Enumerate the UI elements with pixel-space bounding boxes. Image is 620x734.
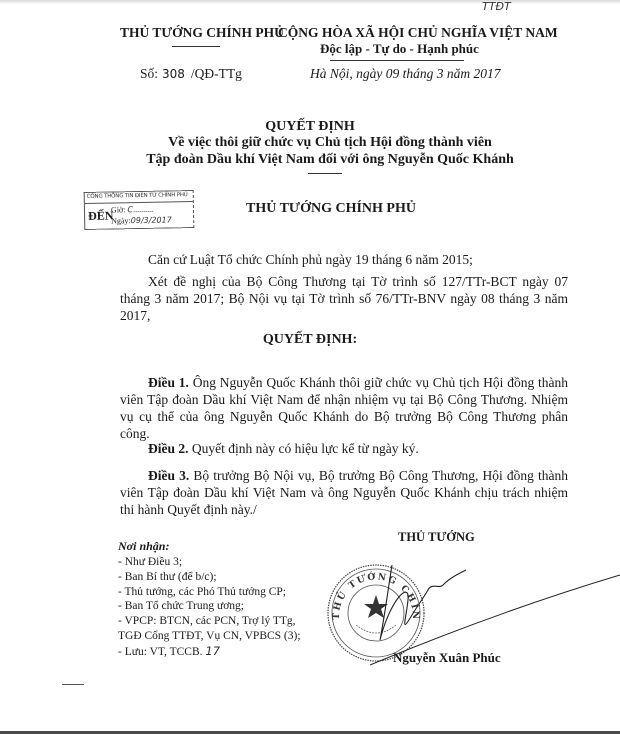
stamp-time-value: C [127, 205, 133, 214]
recipients-list: - Như Điều 3; - Ban Bí thư (để b/c); - T… [118, 555, 301, 660]
place-date: Hà Nội, ngày 09 tháng 3 năm 2017 [310, 66, 501, 82]
article-1: Điều 1. Ông Nguyễn Quốc Khánh thôi giữ c… [120, 374, 568, 442]
issuer-underline [172, 46, 220, 47]
stamp-divider [85, 201, 193, 204]
stamp-time-label: Giờ: [111, 205, 126, 214]
article-2: Điều 2. Quyết định này có hiệu lực kể từ… [120, 440, 568, 457]
stamp-date-value: 09/3/2017 [131, 215, 172, 225]
recipients-handwritten-note: 17 [205, 644, 220, 658]
stamp-date: Ngày:09/3/2017 [111, 215, 172, 225]
title-underline [308, 173, 342, 174]
top-edge-shadow [0, 0, 620, 4]
recipient-item: - Như Điều 3; [118, 555, 301, 570]
recipient-item: - Ban Tổ chức Trung ương; [118, 599, 301, 614]
document-number: Số:308/QĐ-TTg [140, 66, 242, 82]
decision-heading: QUYẾT ĐỊNH: [0, 332, 620, 348]
article-1-label: Điều 1. [148, 375, 189, 390]
number-label: Số: [140, 66, 158, 81]
subtitle-line-2: Tập đoàn Dầu khí Việt Nam đối với ông Ng… [20, 152, 620, 168]
signer-name: Nguyễn Xuân Phúc [393, 650, 501, 666]
nation-heading: CỘNG HÒA XÃ HỘI CHỦ NGHĨA VIỆT NAM [278, 25, 558, 41]
article-3: Điều 3. Bộ trưởng Bộ Nội vụ, Bộ trưởng B… [120, 467, 568, 518]
stamp-time: Giờ: C.......... [111, 205, 153, 215]
recipient-item: TGĐ Cổng TTĐT, Vụ CN, VPBCS (3); [118, 629, 301, 644]
recipient-item: - Ban Bí thư (để b/c); [118, 570, 301, 585]
article-2-text: Quyết định này có hiệu lực kể từ ngày ký… [189, 441, 419, 456]
preamble-1: Căn cứ Luật Tổ chức Chính phủ ngày 19 th… [120, 251, 568, 268]
signer-title: THỦ TƯỚNG [398, 530, 475, 545]
recipient-item: - Lưu: VT, TCCB. 17 [118, 644, 301, 660]
stamp-date-label: Ngày: [111, 216, 131, 225]
number-suffix: /QĐ-TTg [191, 66, 242, 81]
stamp-label: ĐẾN [88, 208, 114, 223]
recipients-title: Nơi nhận: [118, 539, 169, 554]
document-title: QUYẾT ĐỊNH [0, 119, 620, 135]
preamble-2: Xét đề nghị của Bộ Công Thương tại Tờ tr… [120, 273, 568, 324]
issuer-heading: THỦ TƯỚNG CHÍNH PHỦ [120, 25, 284, 41]
subtitle-line-1: Về việc thôi giữ chức vụ Chủ tịch Hội đồ… [20, 135, 620, 151]
authority-heading: THỦ TƯỚNG CHÍNH PHỦ [246, 201, 416, 217]
article-2-label: Điều 2. [148, 441, 189, 456]
motto: Độc lập - Tự do - Hạnh phúc [320, 41, 479, 57]
recipient-item: - VPCP: BTCN, các PCN, Trợ lý TTg, [118, 614, 301, 629]
scan-mark [62, 684, 84, 685]
article-3-label: Điều 3. [148, 468, 189, 483]
number-value: 308 [162, 67, 185, 81]
handwritten-tag: TTĐT [482, 0, 511, 13]
recipient-item: - Thủ tướng, các Phó Thủ tướng CP; [118, 585, 301, 600]
motto-underline [330, 60, 464, 61]
stamp-header: CỔNG THÔNG TIN ĐIỆN TỬ CHÍNH PHỦ [87, 192, 188, 200]
received-stamp: CỔNG THÔNG TIN ĐIỆN TỬ CHÍNH PHỦ ĐẾN Giờ… [84, 190, 195, 230]
